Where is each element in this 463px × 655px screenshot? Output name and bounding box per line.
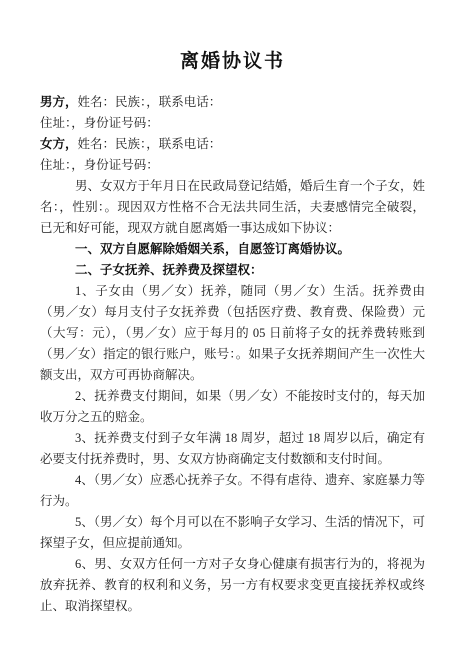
clause-4: 4、（男／女）应悉心抚养子女。不得有虐待、遗弃、家庭暴力等行为。 — [40, 470, 425, 512]
document-title: 离婚协议书 — [40, 49, 425, 75]
party-a-details: 姓名：民族：，联系电话： — [78, 95, 222, 109]
clause-3: 3、抚养费支付到子女年满 18 周岁，超过 18 周岁以后，确定有必要支付抚养费… — [40, 428, 425, 470]
party-a-address: 住址：，身份证号码： — [40, 113, 425, 134]
clause-2: 2、抚养费支付期间，如果（男／女）不能按时支付的，每天加收万分之五的赔金。 — [40, 386, 425, 428]
party-a-line: 男方，姓名：民族：，联系电话： — [40, 92, 425, 113]
clause-6: 6、男、女双方任何一方对子女身心健康有损害行为的，将视为放弃抚养、教育的权利和义… — [40, 554, 425, 617]
clause-5: 5、（男／女）每个月可以在不影响子女学习、生活的情况下，可探望子女，但应提前通知… — [40, 512, 425, 554]
article-heading-2: 二、子女抚养、抚养费及探望权： — [40, 260, 425, 281]
intro-paragraph: 男、女双方于年月日在民政局登记结婚，婚后生育一个子女，姓名：，性别：。现因双方性… — [40, 176, 425, 239]
article-heading-1: 一、双方自愿解除婚姻关系，自愿签订离婚协议。 — [40, 239, 425, 260]
party-a-label: 男方， — [40, 95, 78, 109]
party-b-address: 住址：，身份证号码： — [40, 155, 425, 176]
party-b-details: 姓名：民族：，联系电话： — [78, 137, 222, 151]
party-b-line: 女方，姓名：民族：，联系电话： — [40, 134, 425, 155]
party-b-label: 女方， — [40, 137, 78, 151]
clause-1: 1、子女由（男／女）抚养，随同（男／女）生活。抚养费由（男／女）每月支付子女抚养… — [40, 281, 425, 386]
document-page: 离婚协议书 男方，姓名：民族：，联系电话： 住址：，身份证号码： 女方，姓名：民… — [0, 0, 463, 655]
